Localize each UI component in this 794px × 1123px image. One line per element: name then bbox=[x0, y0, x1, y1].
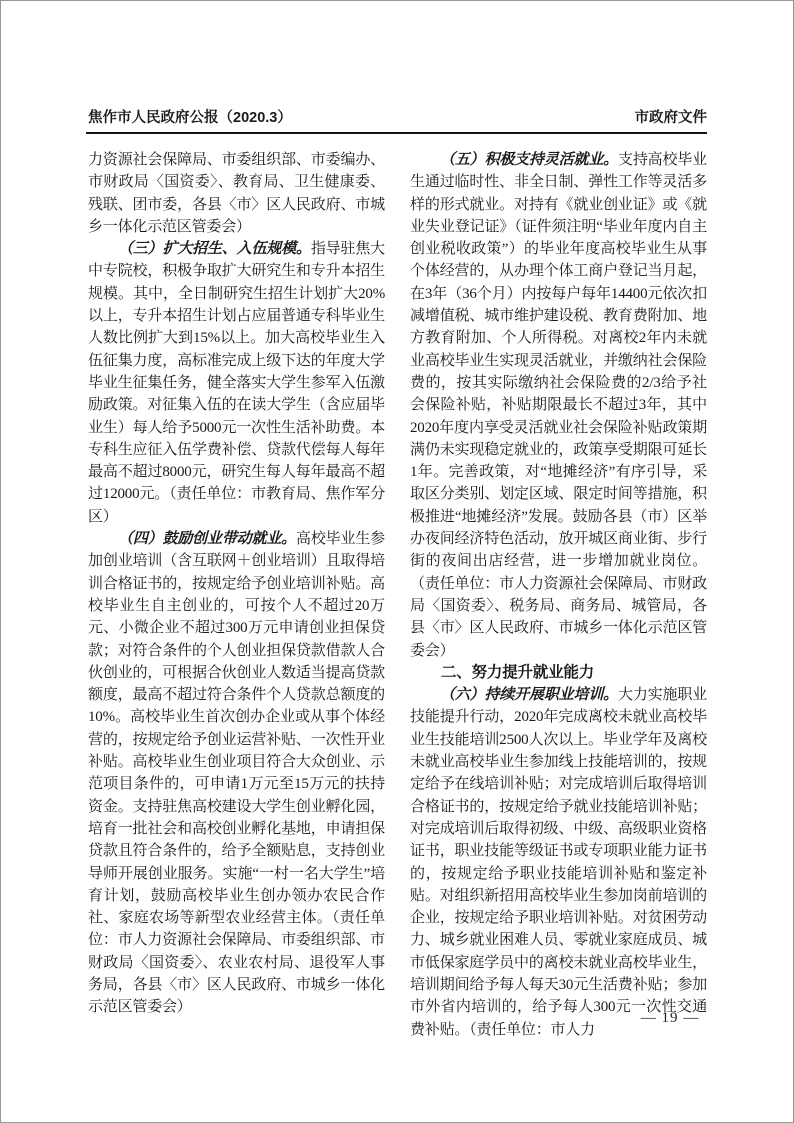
paragraph-3-body: 指导驻焦大中专院校，积极争取扩大研究生和专升本招生规模。其中，全日制研究生招生计… bbox=[88, 241, 385, 525]
paragraph-4-body: 高校毕业生参加创业培训（含互联网＋创业培训）且取得培训合格证书的，按规定给予创业… bbox=[88, 531, 385, 1015]
paragraph-6-body: 大力实施职业技能提升行动，2020年完成离校未就业高校毕业生技能培训2500人次… bbox=[410, 687, 707, 1037]
page-header: 焦作市人民政府公报（2020.3） 市政府文件 bbox=[88, 108, 707, 128]
header-rule bbox=[86, 132, 707, 134]
paragraph-5-lead: （五）积极支持灵活就业。 bbox=[440, 152, 618, 168]
paragraph-item-3: （三）扩大招生、入伍规模。指导驻焦大中专院校，积极争取扩大研究生和专升本招生规模… bbox=[88, 238, 385, 528]
paragraph-item-5: （五）积极支持灵活就业。支持高校毕业生通过临时性、非全日制、弹性工作等灵活多样的… bbox=[410, 149, 707, 662]
section-heading-2: 二、努力提升就业能力 bbox=[410, 662, 707, 684]
right-column: （五）积极支持灵活就业。支持高校毕业生通过临时性、非全日制、弹性工作等灵活多样的… bbox=[410, 149, 707, 1041]
paragraph-continuation: 力资源社会保障局、市委组织部、市委编办、市财政局〈国资委〉、教育局、卫生健康委、… bbox=[88, 149, 385, 238]
paragraph-6-lead: （六）持续开展职业培训。 bbox=[440, 687, 618, 703]
paragraph-4-lead: （四）鼓励创业带动就业。 bbox=[118, 531, 296, 547]
paragraph-3-lead: （三）扩大招生、入伍规模。 bbox=[118, 241, 311, 257]
gazette-title: 焦作市人民政府公报（2020.3） bbox=[88, 108, 292, 128]
document-category-label: 市政府文件 bbox=[635, 108, 708, 128]
paragraph-item-4: （四）鼓励创业带动就业。高校毕业生参加创业培训（含互联网＋创业培训）且取得培训合… bbox=[88, 528, 385, 1019]
document-page: 焦作市人民政府公报（2020.3） 市政府文件 力资源社会保障局、市委组织部、市… bbox=[0, 0, 794, 1123]
page-number: — 19 — bbox=[633, 1010, 707, 1027]
paragraph-5-body: 支持高校毕业生通过临时性、非全日制、弹性工作等灵活多样的形式就业。对持有《就业创… bbox=[410, 152, 707, 659]
left-column: 力资源社会保障局、市委组织部、市委编办、市财政局〈国资委〉、教育局、卫生健康委、… bbox=[88, 149, 385, 1019]
paragraph-item-6: （六）持续开展职业培训。大力实施职业技能提升行动，2020年完成离校未就业高校毕… bbox=[410, 684, 707, 1041]
